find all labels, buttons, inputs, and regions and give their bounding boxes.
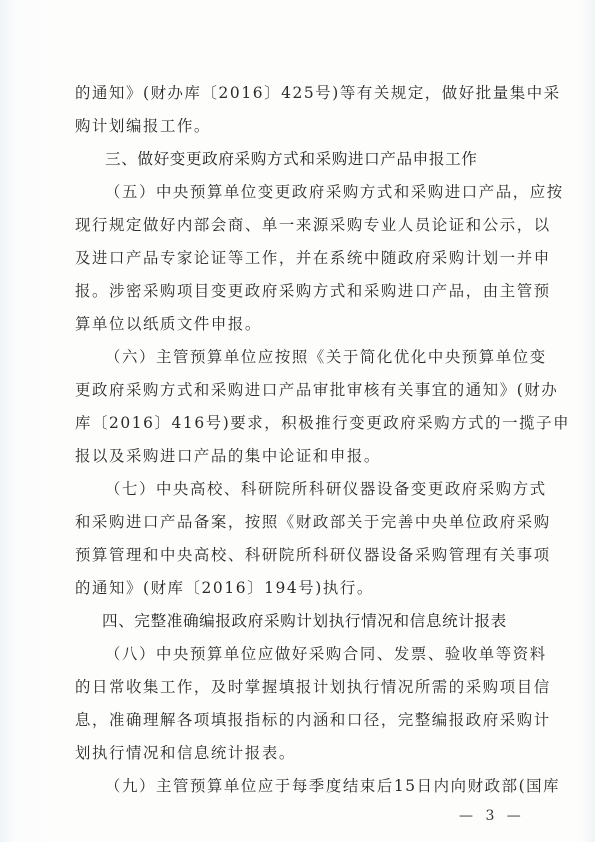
body-text-line: 购计划编报工作。 [75, 114, 537, 138]
body-text-line: 报以及采购进口产品的集中论证和申报。 [75, 444, 537, 468]
body-text-line: 报。涉密采购项目变更政府采购方式和采购进口产品，由主管预 [75, 279, 537, 303]
body-text-line: 预算管理和中央高校、科研院所科研仪器设备采购管理有关事项 [75, 543, 537, 567]
body-text-line: 的通知》(财办库〔2016〕425号)等有关规定，做好批量集中采 [75, 81, 537, 105]
body-text-line: 现行规定做好内部会商、单一来源采购专业人员论证和公示，以 [75, 213, 537, 237]
section-heading-3: 三、做好变更政府采购方式和采购进口产品申报工作 [105, 147, 477, 171]
page-number: — 3 — [459, 806, 525, 826]
paragraph-9-start: （九）主管预算单位应于每季度结束后15日内向财政部(国库 [105, 774, 537, 798]
body-text-line: 及进口产品专家论证等工作，并在系统中随政府采购计划一并申 [75, 246, 537, 270]
body-text-line: 算单位以纸质文件申报。 [75, 312, 537, 336]
paragraph-8-start: （八）中央预算单位应做好采购合同、发票、验收单等资料 [105, 642, 537, 666]
body-text-line: 库〔2016〕416号)要求，积极推行变更政府采购方式的一揽子申 [75, 411, 537, 435]
body-text-line: 息，准确理解各项填报指标的内涵和口径，完整编报政府采购计 [75, 708, 537, 732]
body-text-line: 和采购进口产品备案，按照《财政部关于完善中央单位政府采购 [75, 510, 537, 534]
body-text-line: 的日常收集工作，及时掌握填报计划执行情况所需的采购项目信 [75, 675, 537, 699]
body-text-line: 的通知》(财库〔2016〕194号)执行。 [75, 576, 537, 600]
paragraph-7-start: （七）中央高校、科研院所科研仪器设备变更政府采购方式 [105, 477, 537, 501]
document-page: 的通知》(财办库〔2016〕425号)等有关规定，做好批量集中采 购计划编报工作… [0, 0, 595, 842]
body-text-line: 更政府采购方式和采购进口产品审批审核有关事宜的通知》(财办 [75, 378, 537, 402]
paragraph-6-start: （六）主管预算单位应按照《关于简化优化中央预算单位变 [105, 345, 537, 369]
body-text-line: 划执行情况和信息统计报表。 [75, 741, 537, 765]
section-heading-4: 四、完整准确编报政府采购计划执行情况和信息统计报表 [102, 609, 507, 633]
paragraph-5-start: （五）中央预算单位变更政府采购方式和采购进口产品，应按 [105, 180, 537, 204]
